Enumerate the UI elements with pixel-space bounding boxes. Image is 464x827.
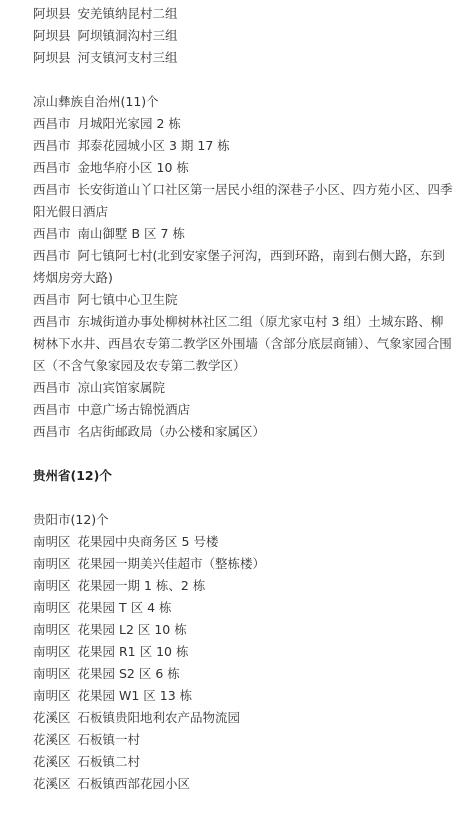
place-name: 石板镇西部花园小区 [78,776,191,791]
area-name: 南明区 [33,644,71,659]
list-item: 花溪区石板镇一村 [33,729,454,751]
area-name: 西昌市 [33,380,71,395]
list-item: 西昌市阿七镇中心卫生院 [33,289,454,311]
place-name: 东城街道办事处柳树林社区二组（原尤家屯村 3 组）土城东路、柳树林下水井、西昌农… [33,314,452,373]
list-item: 花溪区石板镇贵阳地利农产品物流园 [33,707,454,729]
list-item: 西昌市名店街邮政局（办公楼和家属区） [33,421,454,443]
place-name: 石板镇贵阳地利农产品物流园 [78,710,241,725]
place-name: 长安街道山丫口社区第一居民小组的深巷子小区、四方苑小区、四季阳光假日酒店 [33,182,453,219]
place-name: 花果园中央商务区 5 号楼 [78,534,219,549]
list-item: 阿坝县安羌镇纳昆村二组 [33,3,454,25]
list-item: 阿坝县阿坝镇洞沟村三组 [33,25,454,47]
area-name: 西昌市 [33,226,71,241]
area-name: 南明区 [33,666,71,681]
spacer [33,443,454,465]
place-name: 邦泰花园城小区 3 期 17 栋 [78,138,230,153]
area-name: 阿坝县 [33,6,71,21]
place-name: 凉山宾馆家属院 [78,380,166,395]
list-item: 南明区花果园 T 区 4 栋 [33,597,454,619]
place-name: 金地华府小区 10 栋 [78,160,189,175]
list-item: 西昌市金地华府小区 10 栋 [33,157,454,179]
province-header: 贵州省(12)个 [33,465,454,487]
list-item: 西昌市阿七镇阿七村(北到安家堡子河沟，西到环路，南到右侧大路，东到烤烟房旁大路) [33,245,454,289]
area-name: 花溪区 [33,754,71,769]
spacer [33,69,454,91]
area-name: 南明区 [33,688,71,703]
list-item: 阿坝县河支镇河支村三组 [33,47,454,69]
area-name: 西昌市 [33,424,71,439]
area-name: 西昌市 [33,248,71,263]
area-name: 南明区 [33,534,71,549]
spacer [33,487,454,509]
list-item: 南明区花果园 S2 区 6 栋 [33,663,454,685]
list-item: 南明区花果园 R1 区 10 栋 [33,641,454,663]
list-item: 花溪区石板镇二村 [33,751,454,773]
list-item: 南明区花果园一期 1 栋、2 栋 [33,575,454,597]
list-item: 花溪区石板镇西部花园小区 [33,773,454,795]
document-body: 阿坝县安羌镇纳昆村二组 阿坝县阿坝镇洞沟村三组 阿坝县河支镇河支村三组 凉山彝族… [0,0,464,795]
list-item: 南明区花果园一期美兴佳超市（整栋楼） [33,553,454,575]
place-name: 花果园 T 区 4 栋 [78,600,172,615]
list-item: 南明区花果园 W1 区 13 栋 [33,685,454,707]
list-item: 西昌市长安街道山丫口社区第一居民小组的深巷子小区、四方苑小区、四季阳光假日酒店 [33,179,454,223]
area-name: 南明区 [33,622,71,637]
place-name: 花果园 L2 区 10 栋 [78,622,187,637]
area-name: 西昌市 [33,292,71,307]
area-name: 阿坝县 [33,28,71,43]
place-name: 阿七镇阿七村(北到安家堡子河沟，西到环路，南到右侧大路，东到烤烟房旁大路) [33,248,445,285]
area-name: 南明区 [33,556,71,571]
list-item: 南明区花果园 L2 区 10 栋 [33,619,454,641]
area-name: 花溪区 [33,710,71,725]
place-name: 阿七镇中心卫生院 [78,292,178,307]
area-name: 西昌市 [33,402,71,417]
area-name: 西昌市 [33,314,71,329]
place-name: 安羌镇纳昆村二组 [78,6,178,21]
place-name: 花果园 R1 区 10 栋 [78,644,189,659]
place-name: 河支镇河支村三组 [78,50,178,65]
place-name: 石板镇一村 [78,732,141,747]
area-name: 西昌市 [33,160,71,175]
place-name: 月城阳光家园 2 栋 [78,116,181,131]
area-name: 花溪区 [33,776,71,791]
place-name: 花果园一期 1 栋、2 栋 [78,578,206,593]
area-name: 西昌市 [33,182,71,197]
area-name: 阿坝县 [33,50,71,65]
prefecture-header: 凉山彝族自治州(11)个 [33,91,454,113]
place-name: 花果园 W1 区 13 栋 [78,688,193,703]
list-item: 西昌市南山御墅 B 区 7 栋 [33,223,454,245]
place-name: 石板镇二村 [78,754,141,769]
place-name: 花果园一期美兴佳超市（整栋楼） [78,556,266,571]
area-name: 花溪区 [33,732,71,747]
place-name: 中意广场古锦悦酒店 [78,402,191,417]
list-item: 西昌市邦泰花园城小区 3 期 17 栋 [33,135,454,157]
list-item: 西昌市凉山宾馆家属院 [33,377,454,399]
list-item: 南明区花果园中央商务区 5 号楼 [33,531,454,553]
area-name: 南明区 [33,600,71,615]
place-name: 名店街邮政局（办公楼和家属区） [78,424,266,439]
list-item: 西昌市东城街道办事处柳树林社区二组（原尤家屯村 3 组）土城东路、柳树林下水井、… [33,311,454,377]
area-name: 南明区 [33,578,71,593]
area-name: 西昌市 [33,138,71,153]
list-item: 西昌市中意广场古锦悦酒店 [33,399,454,421]
place-name: 花果园 S2 区 6 栋 [78,666,180,681]
place-name: 阿坝镇洞沟村三组 [78,28,178,43]
place-name: 南山御墅 B 区 7 栋 [78,226,185,241]
area-name: 西昌市 [33,116,71,131]
city-header: 贵阳市(12)个 [33,509,454,531]
list-item: 西昌市月城阳光家园 2 栋 [33,113,454,135]
